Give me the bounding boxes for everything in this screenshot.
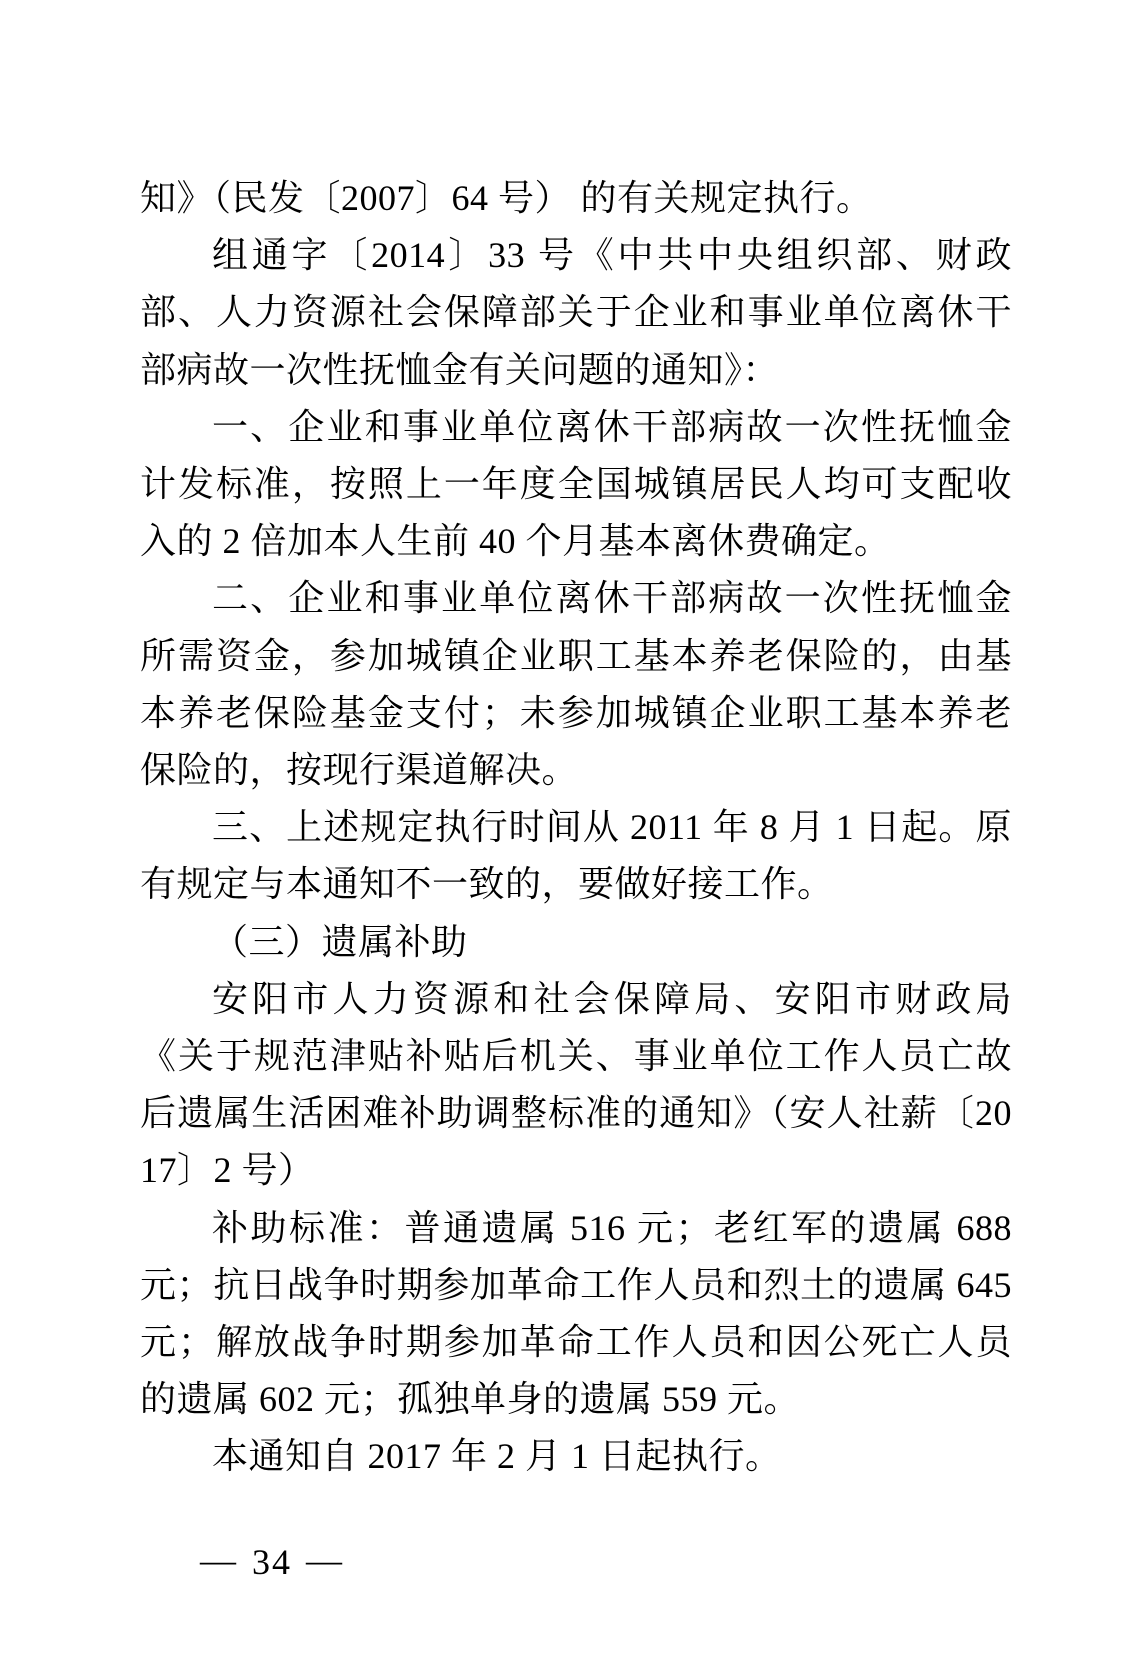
paragraph-notice-heading: 组通字〔2014〕33 号《中共中央组织部、财政部、人力资源社会保障部关于企业和…: [140, 227, 1012, 399]
paragraph-item-1: 一、企业和事业单位离休干部病故一次性抚恤金计发标准，按照上一年度全国城镇居民人均…: [140, 399, 1012, 571]
page-footer: —34—: [156, 1490, 344, 1634]
paragraph-subsidy-standards: 补助标准：普通遗属 516 元；老红军的遗属 688 元；抗日战争时期参加革命工…: [140, 1200, 1012, 1429]
paragraph-section-heading: （三）遗属补助: [140, 914, 1012, 971]
footer-left-dash: —: [200, 1540, 238, 1580]
paragraph-item-2: 二、企业和事业单位离休干部病故一次性抚恤金所需资金，参加城镇企业职工基本养老保险…: [140, 570, 1012, 799]
paragraph-anyang-notice: 安阳市人力资源和社会保障局、安阳市财政局《关于规范津贴补贴后机关、事业单位工作人…: [140, 971, 1012, 1200]
footer-right-dash: —: [306, 1540, 344, 1580]
document-page: 知》（民发〔2007〕64 号） 的有关规定执行。 组通字〔2014〕33 号《…: [0, 0, 1142, 1654]
document-body: 知》（民发〔2007〕64 号） 的有关规定执行。 组通字〔2014〕33 号《…: [140, 170, 1012, 1486]
paragraph-effective-date: 本通知自 2017 年 2 月 1 日起执行。: [140, 1428, 1012, 1485]
paragraph-item-3: 三、上述规定执行时间从 2011 年 8 月 1 日起。原有规定与本通知不一致的…: [140, 799, 1012, 913]
paragraph-continuation: 知》（民发〔2007〕64 号） 的有关规定执行。: [140, 170, 1012, 227]
page-number: 34: [238, 1542, 306, 1582]
